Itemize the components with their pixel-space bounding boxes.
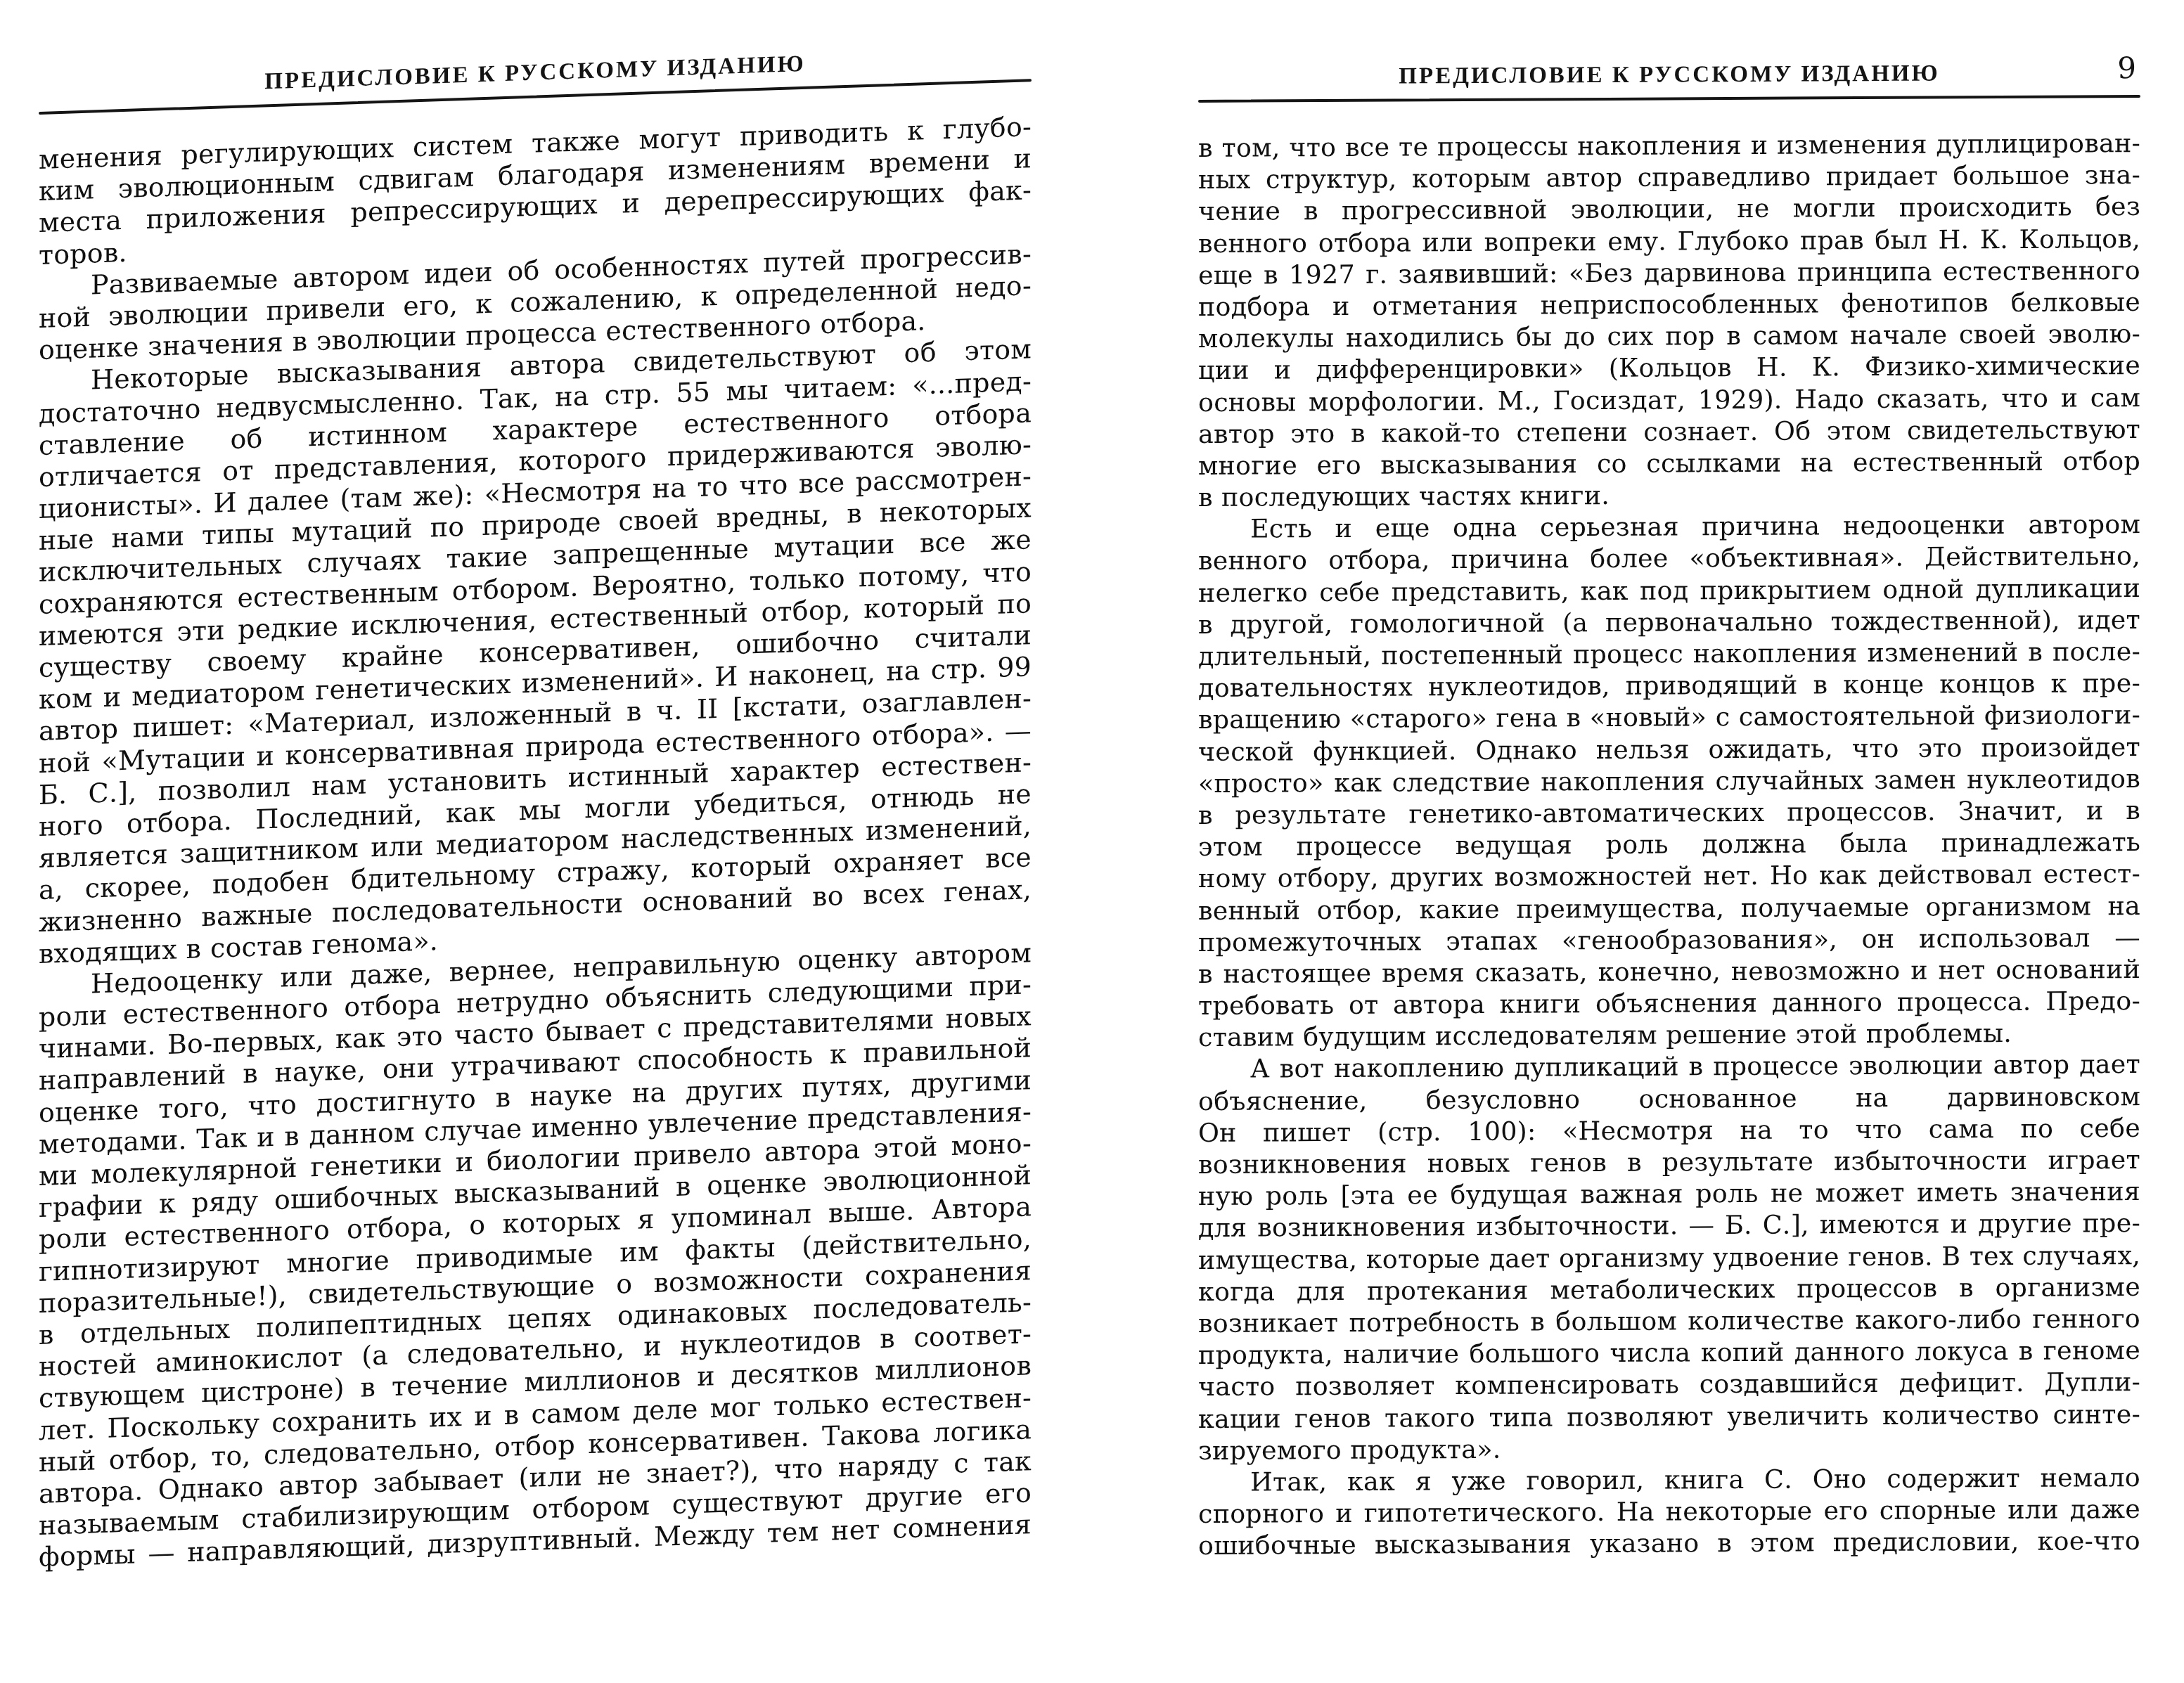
right-header-rule	[1198, 95, 2140, 103]
text-line: нелегко себе представить, как под прикры…	[1198, 572, 2140, 609]
right-page-body: в том, что все те процессы накопления и …	[1198, 127, 2140, 1561]
text-line: когда для протекания метаболических проц…	[1198, 1271, 2140, 1308]
text-line: ошибочные высказывания указано в этом пр…	[1198, 1525, 2140, 1561]
text-line: чение в прогрессивной эволюции, не могли…	[1198, 191, 2140, 227]
text-line: этом процессе ведущая роль должна была п…	[1198, 826, 2140, 863]
text-line: имущества, которые дает организму удвоен…	[1198, 1239, 2140, 1276]
text-line: довательностях нуклеотидов, приводящий в…	[1198, 667, 2140, 704]
text-line: основы морфологии. М., Госиздат, 1929). …	[1198, 381, 2140, 418]
text-line: многие его высказывания со ссылками на е…	[1198, 445, 2140, 482]
left-page: ПРЕДИСЛОВИЕ К РУССКОМУ ИЗДАНИЮ менения р…	[39, 41, 1032, 1573]
text-line: объяснение, безусловно основанное на дар…	[1198, 1081, 2140, 1117]
text-line: кации генов такого типа позволяют увелич…	[1198, 1398, 2140, 1434]
text-line: венный отбор, какие преимущества, получа…	[1198, 889, 2140, 926]
text-line: автор это в какой-то степени сознает. Об…	[1198, 413, 2140, 450]
text-line: зируемого продукта».	[1198, 1430, 2140, 1466]
text-line: в последующих частях книги.	[1198, 477, 2140, 513]
text-line: в другой, гомологичной (а первоначально …	[1198, 604, 2140, 640]
paragraph: Недооценку или даже, вернее, неправильну…	[39, 937, 1032, 1573]
text-line: в том, что все те процессы накопления и …	[1198, 127, 2140, 164]
paragraph: А вот накоплению дупликаций в процессе э…	[1198, 1048, 2140, 1466]
text-line: А вот накоплению дупликаций в процессе э…	[1198, 1048, 2140, 1085]
left-page-body: менения регулирующих систем также могут …	[39, 111, 1032, 1573]
paragraph: в том, что все те процессы накопления и …	[1198, 127, 2140, 513]
text-line: ную роль [эта ее будущая важная роль не …	[1198, 1175, 2140, 1212]
page-number: 9	[2117, 53, 2136, 84]
paragraph: Итак, как я уже говорил, книга С. Оно со…	[1198, 1462, 2140, 1562]
text-line: спорного и гипотетического. На некоторые…	[1198, 1493, 2140, 1530]
text-line: в настоящее время сказать, конечно, нево…	[1198, 953, 2140, 990]
text-line: Итак, как я уже говорил, книга С. Оно со…	[1198, 1462, 2140, 1498]
right-running-head: ПРЕДИСЛОВИЕ К РУССКОМУ ИЗДАНИЮ 9	[1198, 57, 2140, 93]
text-line: ческой функцией. Однако нельзя ожидать, …	[1198, 731, 2140, 768]
book-spread: ПРЕДИСЛОВИЕ К РУССКОМУ ИЗДАНИЮ менения р…	[0, 0, 2184, 1683]
text-line: ному отбору, других возможностей нет. Но…	[1198, 858, 2140, 894]
text-line: ных структур, которым автор справедливо …	[1198, 159, 2140, 195]
text-line: часто позволяет компенсировать создавший…	[1198, 1366, 2140, 1402]
text-line: подбора и отметания неприспособленных фе…	[1198, 286, 2140, 323]
right-header-title: ПРЕДИСЛОВИЕ К РУССКОМУ ИЗДАНИЮ	[1399, 60, 1939, 89]
text-line: возникновения новых генов в результате и…	[1198, 1144, 2140, 1180]
text-line: Есть и еще одна серьезная причина недооц…	[1198, 508, 2140, 545]
text-line: для возникновения избыточности. — Б. С.]…	[1198, 1207, 2140, 1244]
text-line: промежуточных этапах «генообразования», …	[1198, 922, 2140, 958]
text-line: еще в 1927 г. заявивший: «Без дарвинова …	[1198, 254, 2140, 291]
paragraph: Есть и еще одна серьезная причина недооц…	[1198, 508, 2140, 1053]
text-line: Он пишет (стр. 100): «Несмотря на то что…	[1198, 1112, 2140, 1149]
text-line: молекулы находились бы до сих пор в само…	[1198, 318, 2140, 354]
text-line: длительный, постепенный процесс накоплен…	[1198, 636, 2140, 672]
right-page: ПРЕДИСЛОВИЕ К РУССКОМУ ИЗДАНИЮ 9 в том, …	[1198, 57, 2140, 1561]
text-line: венного отбора, причина более «объективн…	[1198, 540, 2140, 576]
text-line: в результате генетико-автоматических про…	[1198, 794, 2140, 831]
text-line: ставим будущим исследователям решение эт…	[1198, 1017, 2140, 1053]
paragraph: Некоторые высказывания автора свидетельс…	[39, 333, 1032, 969]
text-line: возникает потребность в большом количест…	[1198, 1303, 2140, 1339]
text-line: вращению «старого» гена в «новый» с само…	[1198, 699, 2140, 735]
text-line: продукта, наличие большого числа копий д…	[1198, 1334, 2140, 1371]
text-line: венного отбора или вопреки ему. Глубоко …	[1198, 223, 2140, 259]
text-line: ции и дифференцировки» (Кольцов Н. К. Фи…	[1198, 349, 2140, 386]
text-line: требовать от автора книги объяснения дан…	[1198, 985, 2140, 1021]
left-header-title: ПРЕДИСЛОВИЕ К РУССКОМУ ИЗДАНИЮ	[264, 51, 805, 95]
text-line: «просто» как следствие накопления случай…	[1198, 763, 2140, 799]
